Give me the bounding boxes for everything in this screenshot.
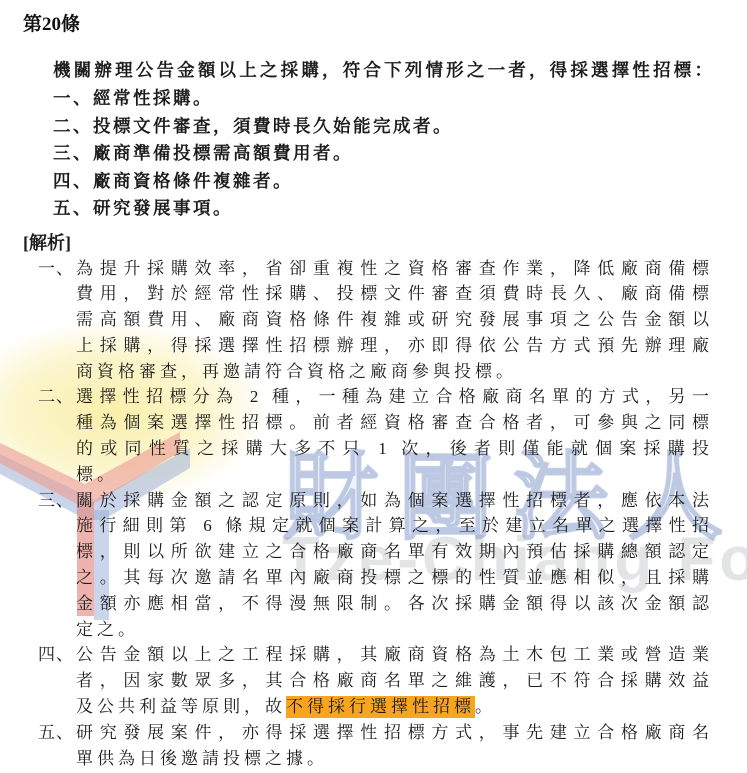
- analysis-item-body: 研究發展案件，亦得採選擇性招標方式，事先建立合格廠商名單供為日後邀請投標之據。: [76, 720, 712, 772]
- analysis-line: 單供為日後邀請投標之據。: [76, 746, 712, 772]
- analysis-item-number: 四、: [38, 642, 76, 719]
- analysis-item-number: 二、: [38, 384, 76, 487]
- analysis-line: 金額亦應相當，不得漫無限制。各次採購金額得以該次金額認: [76, 591, 712, 617]
- analysis-line: 需高額費用、廠商資格條件複雜或研究發展事項之公告金額以: [76, 307, 712, 333]
- analysis-item-number: 五、: [38, 720, 76, 772]
- article-title: 第20條: [23, 12, 747, 37]
- analysis-item-body: 關於採購金額之認定原則，如為個案選擇性招標者，應依本法施行細則第 6 條規定就個…: [76, 488, 712, 643]
- analysis-line: 及公共利益等原則，故不得採行選擇性招標。: [76, 694, 712, 720]
- analysis-list: 一、為提升採購效率，省卻重複性之資格審查作業，降低廠商備標費用，對於經常性採購、…: [0, 256, 747, 772]
- statute-intro: 機關辦理公告金額以上之採購，符合下列情形之一者，得採選擇性招標：: [53, 57, 713, 84]
- analysis-item-body: 公告金額以上之工程採購，其廠商資格為土木包工業或營造業者，因家數眾多，其合格廠商…: [76, 642, 712, 719]
- analysis-heading: [解析]: [23, 230, 747, 256]
- analysis-line: 費用，對於經常性採購、投標文件審查須費時長久、廠商備標: [76, 281, 712, 307]
- text-segment: 。: [475, 697, 496, 716]
- analysis-item: 三、關於採購金額之認定原則，如為個案選擇性招標者，應依本法施行細則第 6 條規定…: [38, 488, 747, 643]
- analysis-line: 上採購，得採選擇性招標辦理，亦即得依公告方式預先辦理廠: [76, 333, 712, 359]
- condition-item: 二、投標文件審查，須費時長久始能完成者。: [53, 113, 747, 141]
- analysis-item-body: 選擇性招標分為 2 種，一種為建立合格廠商名單的方式，另一種為個案選擇性招標。前…: [76, 384, 712, 487]
- analysis-line: 的或同性質之採購大多不只 1 次，後者則僅能就個案採購投: [76, 436, 712, 462]
- analysis-item-body: 為提升採購效率，省卻重複性之資格審查作業，降低廠商備標費用，對於經常性採購、投標…: [76, 256, 712, 385]
- analysis-item-number: 一、: [38, 256, 76, 385]
- analysis-item: 二、選擇性招標分為 2 種，一種為建立合格廠商名單的方式，另一種為個案選擇性招標…: [38, 384, 747, 487]
- analysis-line: 關於採購金額之認定原則，如為個案選擇性招標者，應依本法: [76, 488, 712, 514]
- condition-item: 一、經常性採購。: [53, 85, 747, 113]
- analysis-line: 商資格審查，再邀請符合資格之廠商參與投標。: [76, 359, 712, 385]
- conditions-list: 一、經常性採購。二、投標文件審查，須費時長久始能完成者。三、廠商準備投標需高額費…: [53, 85, 747, 223]
- analysis-item: 一、為提升採購效率，省卻重複性之資格審查作業，降低廠商備標費用，對於經常性採購、…: [38, 256, 747, 385]
- analysis-line: 選擇性招標分為 2 種，一種為建立合格廠商名單的方式，另一: [76, 384, 712, 410]
- analysis-line: 者，因家數眾多，其合格廠商名單之維護，已不符合採購效益: [76, 668, 712, 694]
- analysis-line: 標。: [76, 462, 712, 488]
- document-page: 財團法人 Tze-Chiang Fo 第20條 機關辦理公告金額以上之採購，符合…: [0, 0, 747, 773]
- analysis-item: 四、公告金額以上之工程採購，其廠商資格為土木包工業或營造業者，因家數眾多，其合格…: [38, 642, 747, 719]
- condition-item: 三、廠商準備投標需高額費用者。: [53, 140, 747, 168]
- condition-item: 五、研究發展事項。: [53, 195, 747, 223]
- analysis-line: 公告金額以上之工程採購，其廠商資格為土木包工業或營造業: [76, 642, 712, 668]
- condition-item: 四、廠商資格條件複雜者。: [53, 168, 747, 196]
- analysis-line: 之。其每次邀請名單內廠商投標之標的性質並應相似，且採購: [76, 565, 712, 591]
- analysis-line: 定之。: [76, 617, 712, 643]
- analysis-item-number: 三、: [38, 488, 76, 643]
- analysis-line: 研究發展案件，亦得採選擇性招標方式，事先建立合格廠商名: [76, 720, 712, 746]
- analysis-line: 標，則以所欲建立之合格廠商名單有效期內預估採購總額認定: [76, 539, 712, 565]
- analysis-line: 施行細則第 6 條規定就個案計算之，至於建立名單之選擇性招: [76, 513, 712, 539]
- highlighted-text: 不得採行選擇性招標: [286, 696, 475, 718]
- document-content: 第20條 機關辦理公告金額以上之採購，符合下列情形之一者，得採選擇性招標： 一、…: [0, 0, 747, 771]
- text-segment: 及公共利益等原則，故: [76, 697, 286, 716]
- analysis-item: 五、研究發展案件，亦得採選擇性招標方式，事先建立合格廠商名單供為日後邀請投標之據…: [38, 720, 747, 772]
- analysis-line: 為提升採購效率，省卻重複性之資格審查作業，降低廠商備標: [76, 256, 712, 282]
- analysis-line: 種為個案選擇性招標。前者經資格審查合格者，可參與之同標: [76, 410, 712, 436]
